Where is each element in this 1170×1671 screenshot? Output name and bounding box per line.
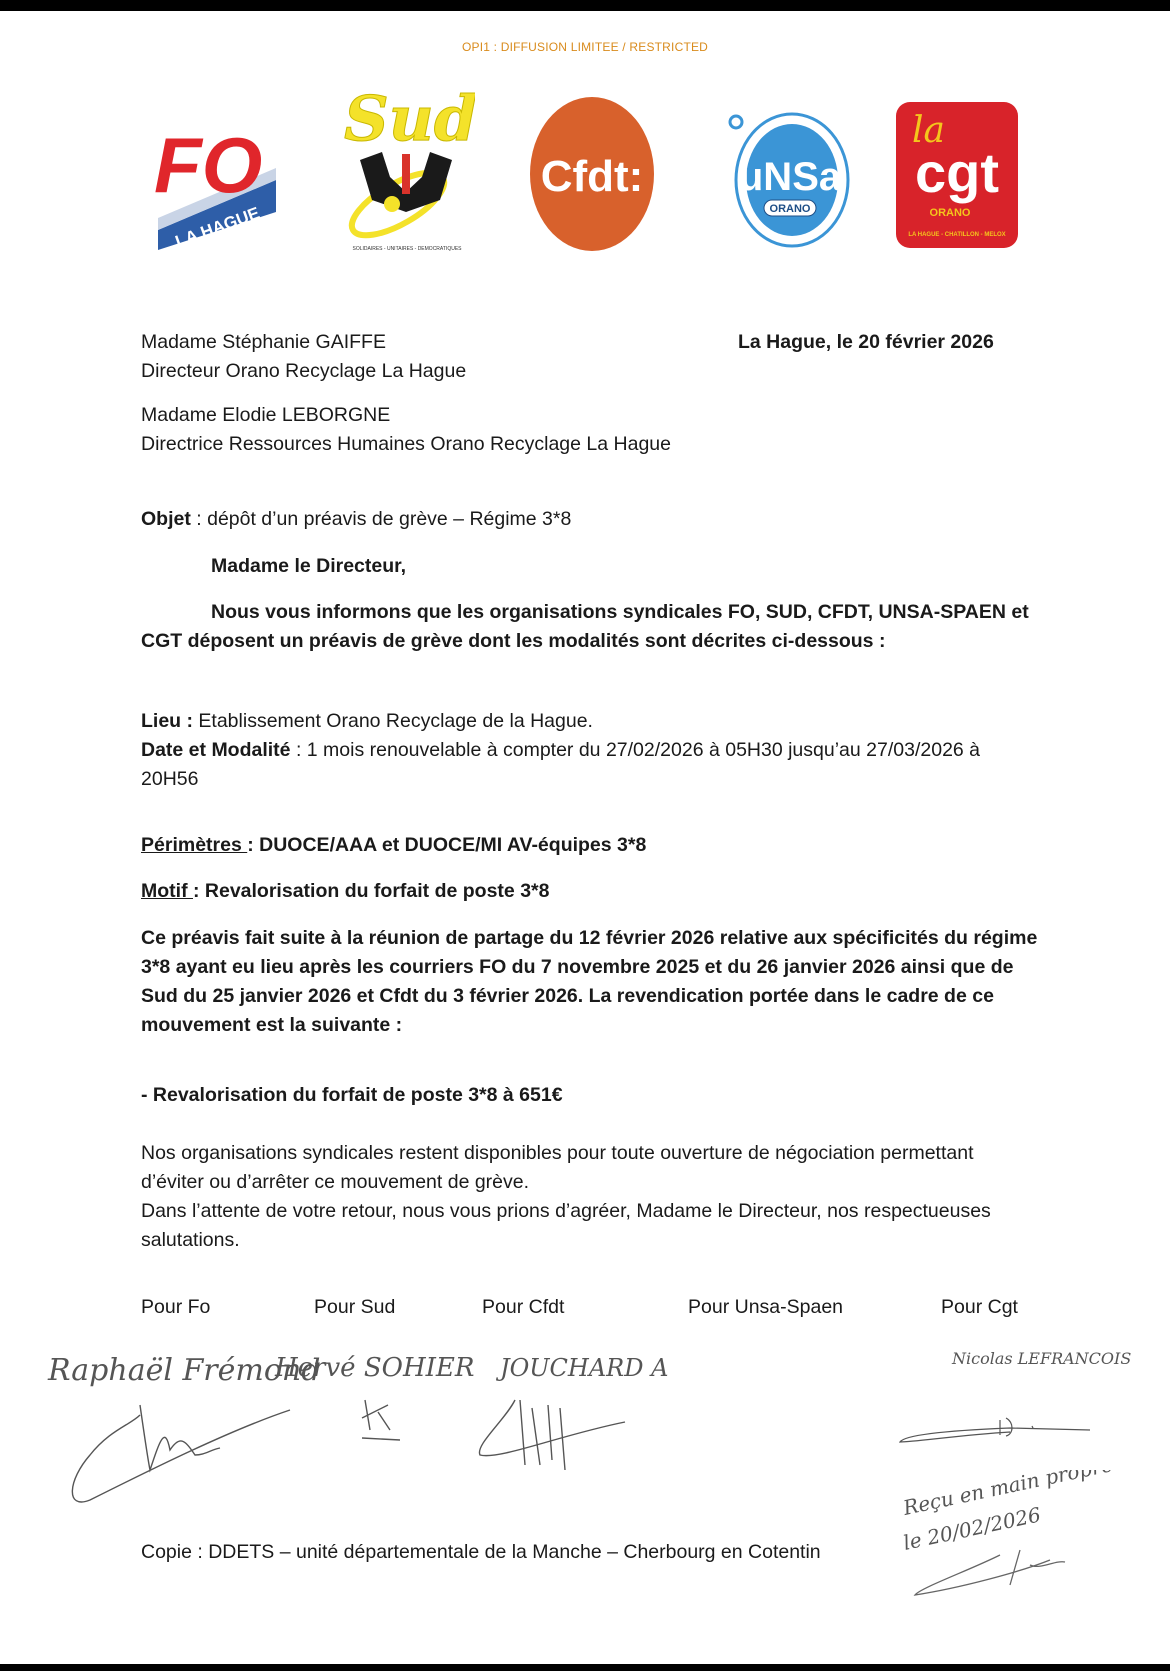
svg-text:ORANO: ORANO bbox=[770, 203, 811, 215]
recipient-1: Madame Stéphanie GAIFFE Directeur Orano … bbox=[141, 328, 466, 386]
handwritten-name-cgt: Nicolas LEFRANCOIS bbox=[951, 1349, 1131, 1368]
cgt-logo: la cgt ORANO LA HAGUE - CHATILLON - MELO… bbox=[894, 100, 1020, 250]
sud-logo: Sud SOLIDAIRES - UNITAIRES - DEMOCRATIQU… bbox=[340, 82, 475, 254]
intro-paragraph: Nous vous informons que les organisation… bbox=[141, 598, 1041, 656]
recipient-name: Madame Stéphanie GAIFFE bbox=[141, 328, 466, 357]
signatory-label-cfdt: Pour Cfdt bbox=[482, 1296, 564, 1319]
salutation: Madame le Directeur, bbox=[211, 552, 406, 581]
svg-text:cgt: cgt bbox=[915, 141, 999, 204]
fo-logo: FO LA HAGUE bbox=[148, 100, 284, 250]
recipient-name: Madame Elodie LEBORGNE bbox=[141, 401, 671, 430]
perimetres-line: Périmètres : DUOCE/AAA et DUOCE/MI AV-éq… bbox=[141, 831, 646, 860]
context-paragraph: Ce préavis fait suite à la réunion de pa… bbox=[141, 924, 1041, 1040]
date-place: La Hague, le 20 février 2026 bbox=[738, 328, 994, 357]
signature-sud bbox=[362, 1400, 400, 1440]
svg-text:Cfdt:: Cfdt: bbox=[541, 152, 644, 201]
receipt-note: Reçu en main propre le 20/02/2026 bbox=[880, 1470, 1140, 1620]
motif-line: Motif : Revalorisation du forfait de pos… bbox=[141, 877, 549, 906]
signatory-label-sud: Pour Sud bbox=[314, 1296, 395, 1319]
svg-text:ORANO: ORANO bbox=[930, 207, 971, 219]
svg-text:LA HAGUE - CHATILLON - MELOX: LA HAGUE - CHATILLON - MELOX bbox=[908, 232, 1005, 238]
handwritten-name-cfdt: JOUCHARD A bbox=[495, 1354, 668, 1382]
handwritten-name-sud: Hervé SOHIER bbox=[274, 1353, 474, 1383]
receipt-signature bbox=[915, 1550, 1065, 1595]
subject-text: : dépôt d’un préavis de grève – Régime 3… bbox=[191, 508, 572, 530]
copy-line: Copie : DDETS – unité départementale de … bbox=[141, 1538, 821, 1567]
recipient-title: Directrice Ressources Humaines Orano Rec… bbox=[141, 430, 671, 459]
details-block: Lieu : Etablissement Orano Recyclage de … bbox=[141, 707, 1041, 794]
svg-text:Sud: Sud bbox=[344, 82, 475, 155]
modalite-line: Date et Modalité : 1 mois renouvelable à… bbox=[141, 736, 1041, 794]
signature-fo bbox=[72, 1405, 290, 1502]
unsa-logo: uNSa ORANO bbox=[724, 108, 852, 248]
signatory-label-cgt: Pour Cgt bbox=[941, 1296, 1018, 1319]
signatory-label-unsa: Pour Unsa-Spaen bbox=[688, 1296, 843, 1319]
closing-paragraph: Nos organisations syndicales restent dis… bbox=[141, 1139, 1041, 1255]
cfdt-logo: Cfdt: bbox=[528, 95, 656, 253]
subject-line: Objet : dépôt d’un préavis de grève – Ré… bbox=[141, 505, 571, 534]
fo-text: FO bbox=[154, 121, 262, 209]
top-border bbox=[0, 0, 1170, 11]
classification-label: OPI1 : DIFFUSION LIMITEE / RESTRICTED bbox=[0, 40, 1170, 54]
signatory-label-fo: Pour Fo bbox=[141, 1296, 210, 1319]
signature-cfdt bbox=[479, 1400, 625, 1470]
recipient-2: Madame Elodie LEBORGNE Directrice Ressou… bbox=[141, 401, 671, 459]
svg-text:uNSa: uNSa bbox=[739, 155, 842, 199]
subject-label: Objet bbox=[141, 508, 191, 530]
lieu-line: Lieu : Etablissement Orano Recyclage de … bbox=[141, 707, 1041, 736]
signature-cgt bbox=[900, 1418, 1090, 1442]
svg-text:SOLIDAIRES - UNITAIRES - DEMOC: SOLIDAIRES - UNITAIRES - DEMOCRATIQUES bbox=[353, 246, 463, 252]
bottom-border bbox=[0, 1664, 1170, 1671]
claim-line: - Revalorisation du forfait de poste 3*8… bbox=[141, 1081, 563, 1110]
recipient-title: Directeur Orano Recyclage La Hague bbox=[141, 357, 466, 386]
